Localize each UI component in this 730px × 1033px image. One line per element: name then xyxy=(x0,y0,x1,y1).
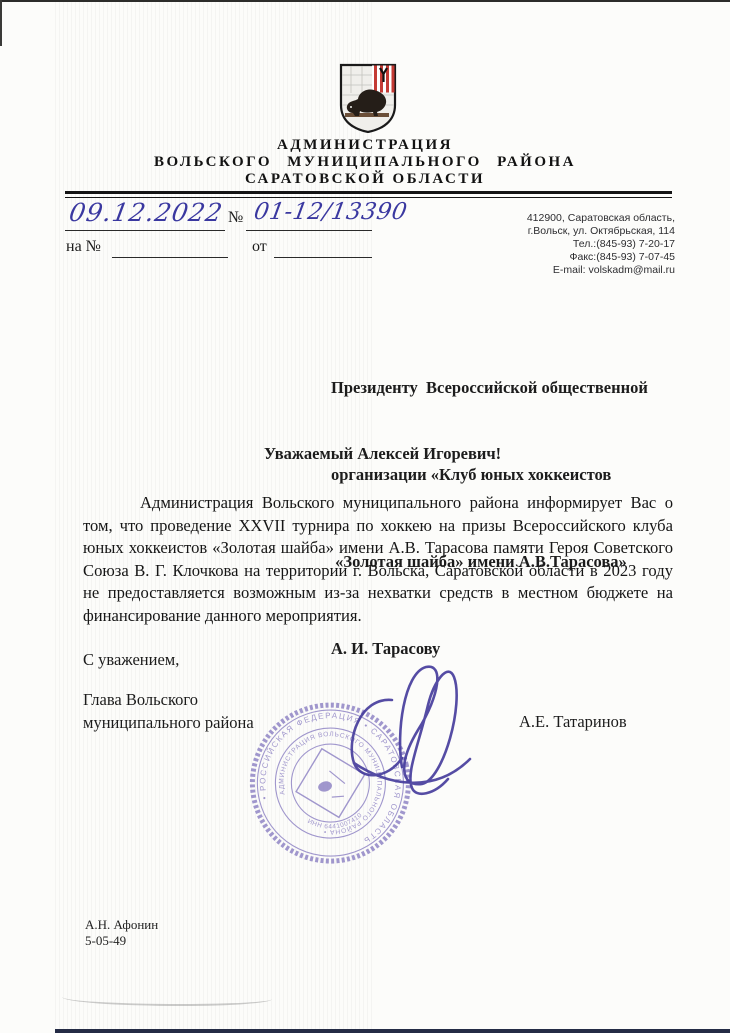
org-contact-block: 412900, Саратовская область, г.Вольск, у… xyxy=(527,212,675,277)
number-sign-label: № xyxy=(228,209,243,227)
scan-edge-top xyxy=(0,0,730,2)
recipient-line2: организации «Клуб юных хоккеистов xyxy=(331,460,648,489)
scan-edge-left xyxy=(0,0,2,46)
executor-phone: 5-05-49 xyxy=(85,933,158,949)
reply-to-number-label: на № xyxy=(66,238,101,256)
signer-position-line1: Глава Вольского xyxy=(83,689,254,712)
handwritten-outgoing-number: 01-12/13390 xyxy=(252,199,409,225)
contact-phone: Тел.:(845-93) 7-20-17 xyxy=(527,238,675,251)
reply-number-underline xyxy=(112,256,228,258)
org-name-line1: АДМИНИСТРАЦИЯ xyxy=(0,137,730,154)
contact-email: E-mail: volskadm@mail.ru xyxy=(527,264,675,277)
contact-address-line1: 412900, Саратовская область, xyxy=(527,212,675,225)
canton-saratov-stripes xyxy=(372,66,395,93)
handwritten-date: 09.12.2022 xyxy=(67,198,225,227)
recipient-line1: Президенту Всероссийской общественной xyxy=(331,373,648,402)
salutation: Уважаемый Алексей Игоревич! xyxy=(264,444,501,464)
contact-fax: Факс:(845-93) 7-07-45 xyxy=(527,251,675,264)
closing-phrase: С уважением, xyxy=(83,650,179,670)
reply-date-underline xyxy=(274,256,372,258)
handwritten-signature xyxy=(330,655,500,810)
scan-artifact-curve xyxy=(62,990,272,1006)
executor-name: А.Н. Афонин xyxy=(85,917,158,933)
org-name-line2: ВОЛЬСКОГО МУНИЦИПАЛЬНОГО РАЙОНА xyxy=(0,154,730,171)
coat-of-arms-icon xyxy=(339,63,397,138)
letter-body-paragraph: Администрация Вольского муниципального р… xyxy=(83,492,673,627)
signer-name: А.Е. Татаринов xyxy=(519,712,627,732)
scanned-letter-page: АДМИНИСТРАЦИЯ ВОЛЬСКОГО МУНИЦИПАЛЬНОГО Р… xyxy=(0,0,730,1033)
date-underline xyxy=(65,229,225,231)
scan-edge-bottom xyxy=(55,1029,730,1033)
reply-from-label: от xyxy=(252,238,267,256)
org-name-line3: САРАТОВСКОЙ ОБЛАСТИ xyxy=(0,171,730,188)
letterhead-divider-rule xyxy=(65,191,672,198)
letterhead-org-name: АДМИНИСТРАЦИЯ ВОЛЬСКОГО МУНИЦИПАЛЬНОГО Р… xyxy=(0,137,730,188)
contact-address-line2: г.Вольск, ул. Октябрьская, 114 xyxy=(527,225,675,238)
executor-block: А.Н. Афонин 5-05-49 xyxy=(85,917,158,949)
number-underline xyxy=(246,229,372,231)
